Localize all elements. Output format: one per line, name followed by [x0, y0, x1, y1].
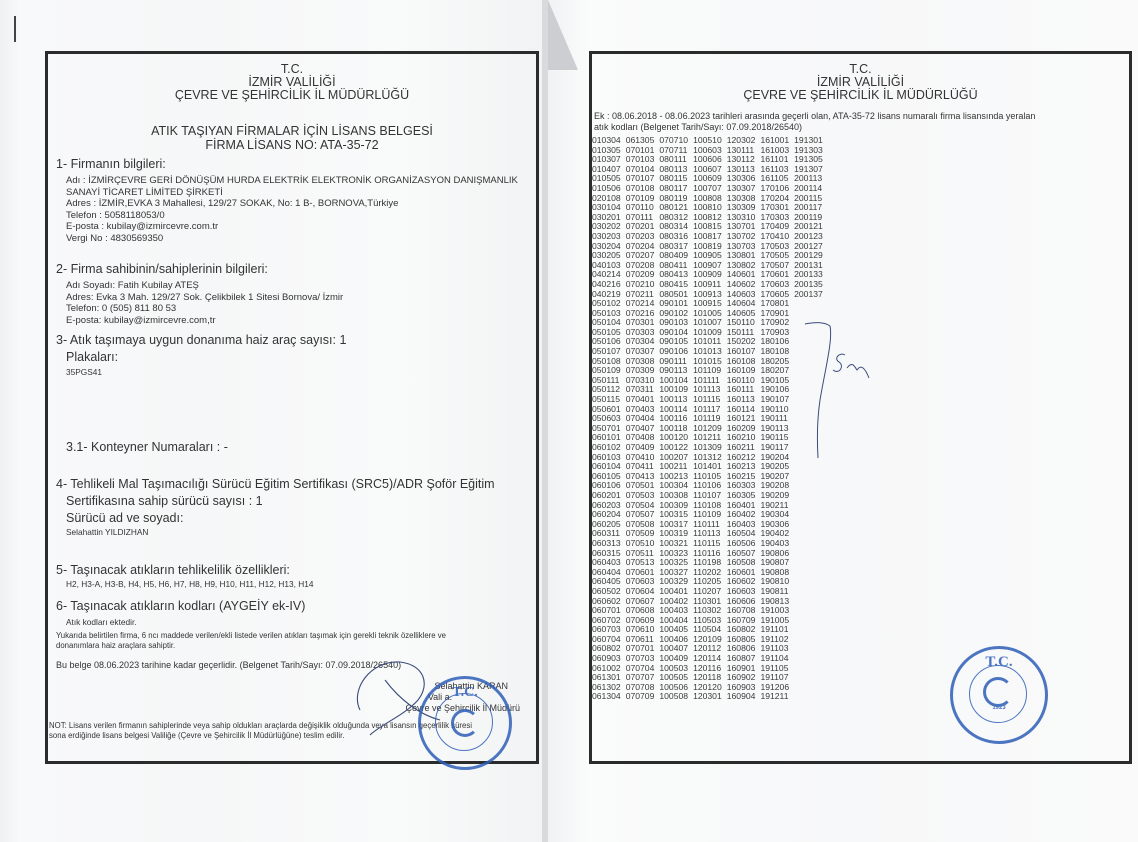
waste-code-cell [794, 568, 828, 578]
plate-number: 35PGS41 [66, 367, 536, 377]
section-3-heading: 3- Atık taşımaya uygun donanıma haiz ara… [56, 333, 536, 347]
waste-code-cell [794, 501, 828, 511]
left-header: T.C. İZMİR VALİLİĞİ ÇEVRE VE ŞEHİRCİLİK … [45, 63, 539, 102]
section-6-waste-codes: 6- Taşınacak atıkların kodları (AYGEİY e… [56, 599, 536, 627]
firm-tax-no: Vergi No : 4830569350 [66, 233, 536, 245]
table-row: 061304070709100508120301160904191211 [592, 692, 828, 702]
waste-code-cell [794, 491, 828, 501]
waste-code-cell [794, 654, 828, 664]
section-5-heading: 5- Taşınacak atıkların tehlikelilik özel… [56, 563, 536, 577]
waste-code-cell: 070709 [626, 692, 660, 702]
waste-code-cell: 120301 [693, 692, 727, 702]
waste-code-table-container: 0103040613050707101005101203021610011913… [592, 136, 828, 702]
section-1-firm-info: 1- Firmanın bilgileri: Adı : İZMİRÇEVRE … [56, 157, 536, 244]
waste-code-cell [794, 520, 828, 530]
handwritten-bracket-initials [795, 310, 905, 470]
header-directorate: ÇEVRE VE ŞEHİRCİLİK İL MÜDÜRLÜĞÜ [589, 89, 1132, 102]
certificate-title: ATIK TAŞIYAN FİRMALAR İÇİN LİSANS BELGES… [45, 124, 539, 152]
waste-code-cell [794, 673, 828, 683]
waste-code-cell [794, 510, 828, 520]
firm-address: Adres : İZMİR,EVKA 3 Mahallesi, 129/27 S… [66, 198, 536, 210]
waste-code-cell: 160904 [727, 692, 761, 702]
waste-code-cell [794, 549, 828, 559]
waste-code-cell: 061304 [592, 692, 626, 702]
waste-code-cell [794, 635, 828, 645]
owner-address: Adres: Evka 3 Mah. 129/27 Sok. Çelikbile… [66, 292, 536, 304]
annex-intro-line2: atık kodları (Belgenet Tarih/Sayı: 07.09… [594, 122, 1129, 133]
header-directorate: ÇEVRE VE ŞEHİRCİLİK İL MÜDÜRLÜĞÜ [45, 89, 539, 102]
section-4-heading-line1: 4- Tehlikeli Mal Taşımacılığı Sürücü Eği… [56, 477, 536, 491]
section-4-heading-line2: Sertifikasına sahip sürücü sayısı : 1 [66, 494, 536, 508]
official-stamp-right: T.C. 1923 [950, 646, 1048, 744]
waste-code-cell [794, 472, 828, 482]
owner-email: E-posta: kubilay@izmircevre.com,tr [66, 315, 536, 327]
waste-code-cell [794, 692, 828, 702]
firm-name-line2: SANAYİ TİCARET LİMİTED ŞİRKETİ [66, 187, 536, 199]
waste-code-cell [794, 597, 828, 607]
owner-name: Adı Soyadı: Fatih Kubilay ATEŞ [66, 280, 536, 292]
section-5-hazard-properties: 5- Taşınacak atıkların tehlikelilik özel… [56, 563, 536, 589]
firm-name-line1: Adı : İZMİRÇEVRE GERİ DÖNÜŞÜM HURDA ELEK… [66, 175, 536, 187]
certificate-title-line1: ATIK TAŞIYAN FİRMALAR İÇİN LİSANS BELGES… [45, 124, 539, 138]
section-6-heading: 6- Taşınacak atıkların kodları (AYGEİY e… [56, 599, 536, 613]
waste-code-cell [794, 606, 828, 616]
license-number: FİRMA LİSANS NO: ATA-35-72 [45, 138, 539, 152]
section-1-heading: 1- Firmanın bilgileri: [56, 157, 536, 171]
container-numbers: 3.1- Konteyner Numaraları : - [66, 440, 228, 454]
waste-code-cell [794, 587, 828, 597]
waste-codes-note: Atık kodları ektedir. [66, 617, 536, 627]
right-header: T.C. İZMİR VALİLİĞİ ÇEVRE VE ŞEHİRCİLİK … [589, 63, 1132, 102]
waste-code-cell [794, 664, 828, 674]
owner-details: Adı Soyadı: Fatih Kubilay ATEŞ Adres: Ev… [66, 280, 536, 326]
hazard-codes: H2, H3-A, H3-B, H4, H5, H6, H7, H8, H9, … [66, 579, 536, 589]
waste-code-cell: 100508 [659, 692, 693, 702]
waste-code-cell [794, 539, 828, 549]
waste-code-cell [794, 481, 828, 491]
driver-name: Selahattin YILDIZHAN [66, 527, 536, 537]
waste-code-table: 0103040613050707101005101203021610011913… [592, 136, 828, 702]
firm-phone: Telefon : 5058118053/0 [66, 210, 536, 222]
section-2-owner-info: 2- Firma sahibinin/sahiplerinin bilgiler… [56, 262, 536, 326]
waste-code-cell [794, 625, 828, 635]
waste-code-cell: 191211 [760, 692, 794, 702]
section-3-vehicles: 3- Atık taşımaya uygun donanıma haiz ara… [56, 333, 536, 377]
annex-intro-line1: Ek : 08.06.2018 - 08.06.2023 tarihleri a… [594, 111, 1129, 122]
owner-phone: Telefon: 0 (505) 811 80 53 [66, 303, 536, 315]
section-4-drivers: 4- Tehlikeli Mal Taşımacılığı Sürücü Eği… [56, 477, 536, 537]
plates-label: Plakaları: [66, 350, 536, 364]
waste-code-cell [794, 577, 828, 587]
waste-code-cell: 200137 [794, 290, 828, 300]
waste-code-cell [794, 558, 828, 568]
driver-label: Sürücü ad ve soyadı: [66, 511, 536, 525]
firm-details: Adı : İZMİRÇEVRE GERİ DÖNÜŞÜM HURDA ELEK… [66, 175, 536, 244]
waste-code-cell [794, 644, 828, 654]
punch-mark [14, 16, 16, 42]
firm-email: E-posta : kubilay@izmircevre.com.tr [66, 221, 536, 233]
waste-code-cell [794, 299, 828, 309]
official-stamp-left: T.C. [418, 676, 512, 770]
waste-code-cell [794, 616, 828, 626]
annex-intro: Ek : 08.06.2018 - 08.06.2023 tarihleri a… [594, 111, 1129, 133]
waste-code-cell [794, 529, 828, 539]
section-2-heading: 2- Firma sahibinin/sahiplerinin bilgiler… [56, 262, 536, 276]
page-fold-corner [548, 0, 578, 70]
waste-code-cell [794, 683, 828, 693]
